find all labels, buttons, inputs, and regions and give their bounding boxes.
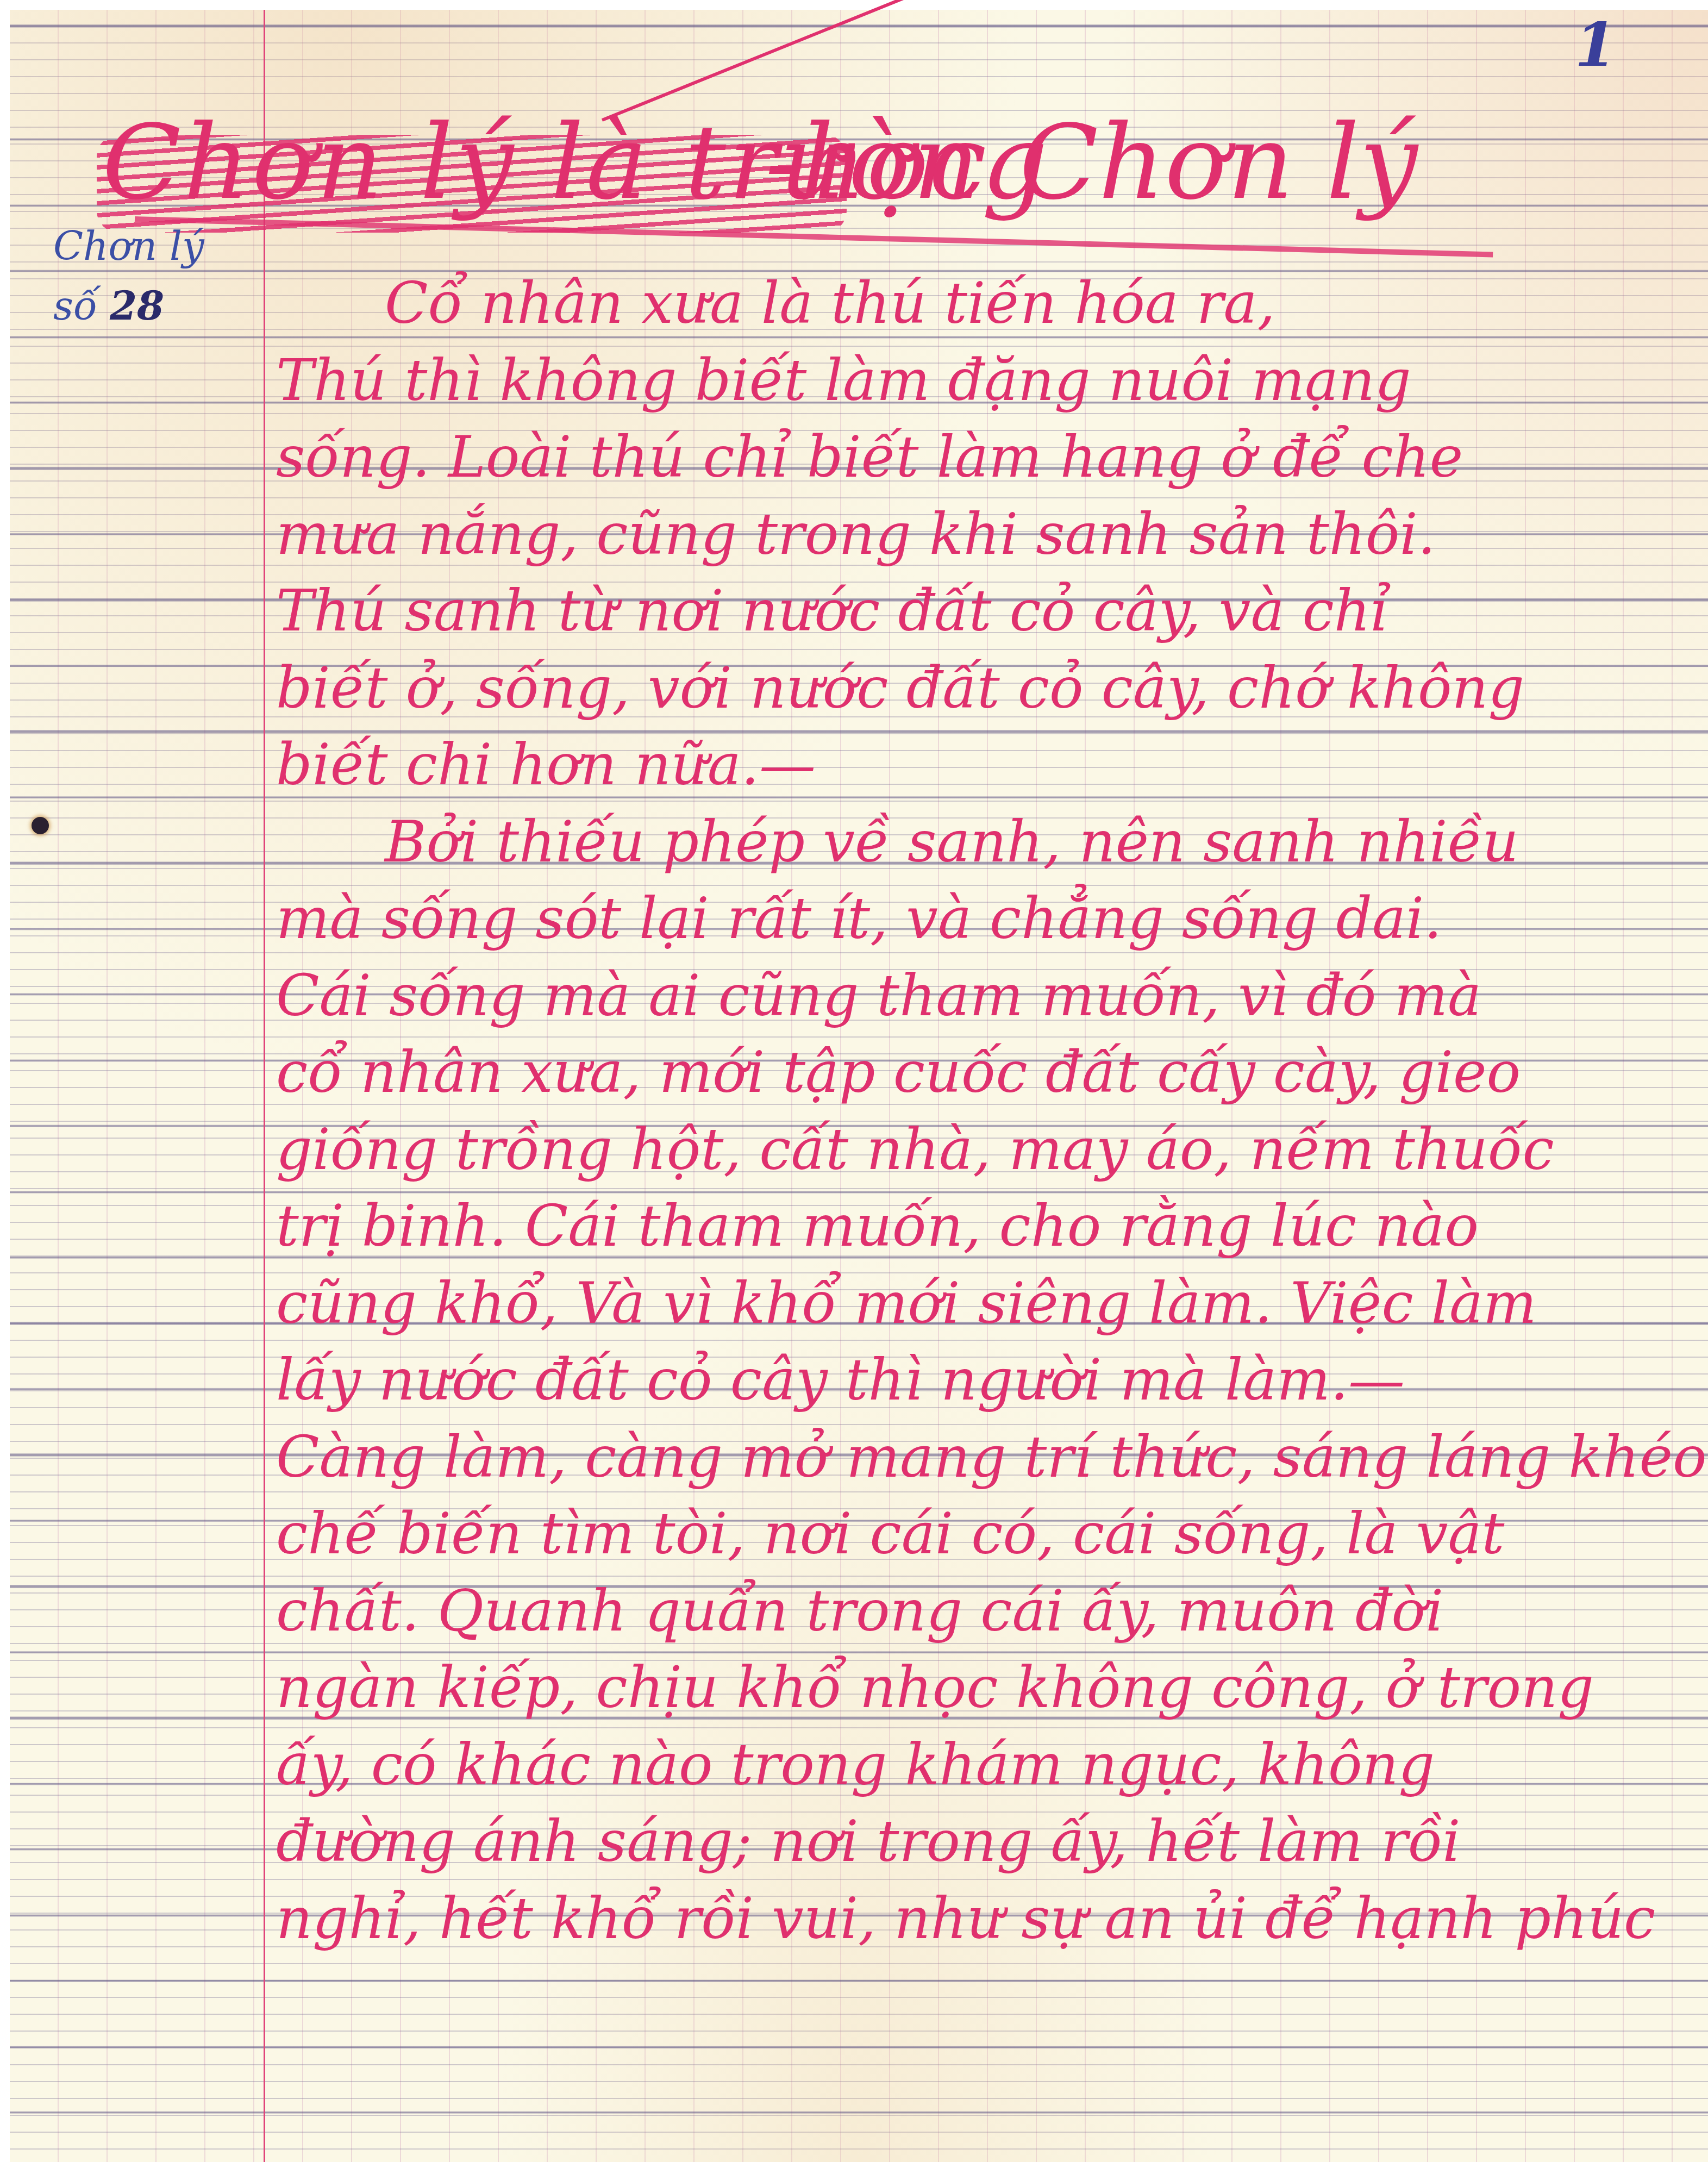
text-line: Cổ nhân xưa là thú tiến hóa ra, <box>276 265 1689 342</box>
margin-annotation-title: Chơn lý <box>53 216 260 276</box>
page-number: 1 <box>1575 10 1617 80</box>
margin-annotation: Chơn lý số 28 <box>53 216 260 336</box>
text-line: biết ở, sống, với nước đất cỏ cây, chớ k… <box>276 650 1689 727</box>
text-line: sống. Loài thú chỉ biết làm hang ở để ch… <box>276 419 1689 496</box>
margin-annotation-label: số <box>53 283 97 329</box>
text-line: ấy, có khác nào trong khám ngục, không <box>276 1727 1689 1804</box>
text-line: lấy nước đất cỏ cây thì người mà làm.— <box>276 1342 1689 1419</box>
title-kept-text: -học Chơn lý <box>765 102 1418 222</box>
text-line: chất. Quanh quẩn trong cái ấy, muôn đời <box>276 1573 1689 1650</box>
text-line: Cái sống mà ai cũng tham muốn, vì đó mà <box>276 958 1689 1035</box>
text-line: trị binh. Cái tham muốn, cho rằng lúc nà… <box>276 1188 1689 1265</box>
text-line: mà sống sót lại rất ít, và chẳng sống da… <box>276 880 1689 958</box>
text-line: đường ánh sáng; nơi trong ấy, hết làm rồ… <box>276 1803 1689 1881</box>
margin-rule <box>264 10 265 2162</box>
manuscript-body: Cổ nhân xưa là thú tiến hóa ra, Thú thì … <box>276 265 1689 1957</box>
text-line: giống trồng hột, cất nhà, may áo, nếm th… <box>276 1111 1689 1189</box>
margin-annotation-number-row: số 28 <box>53 276 260 336</box>
margin-annotation-number: 28 <box>110 283 164 329</box>
text-line: Thú thì không biết làm đặng nuôi mạng <box>276 342 1689 420</box>
text-line: Thú sanh từ nơi nước đất cỏ cây, và chỉ <box>276 573 1689 650</box>
text-line: Bởi thiếu phép về sanh, nên sanh nhiều <box>276 804 1689 881</box>
text-line: cũng khổ, Và vì khổ mới siêng làm. Việc … <box>276 1265 1689 1342</box>
text-line: ngàn kiếp, chịu khổ nhọc không công, ở t… <box>276 1650 1689 1727</box>
ink-blot <box>32 817 49 834</box>
manuscript-page: 1 Chơn lý là trường -học Chơn lý Chơn lý… <box>10 10 1708 2162</box>
text-line: nghỉ, hết khổ rồi vui, như sự an ủi để h… <box>276 1881 1689 1958</box>
text-line: biết chi hơn nữa.— <box>276 727 1689 804</box>
text-line: mưa nắng, cũng trong khi sanh sản thôi. <box>276 496 1689 573</box>
text-line: Càng làm, càng mở mang trí thức, sáng lá… <box>276 1419 1689 1496</box>
text-line: cổ nhân xưa, mới tập cuốc đất cấy cày, g… <box>276 1034 1689 1111</box>
text-line: chế biến tìm tòi, nơi cái có, cái sống, … <box>276 1496 1689 1573</box>
page-title: Chơn lý là trường -học Chơn lý <box>102 42 1461 271</box>
